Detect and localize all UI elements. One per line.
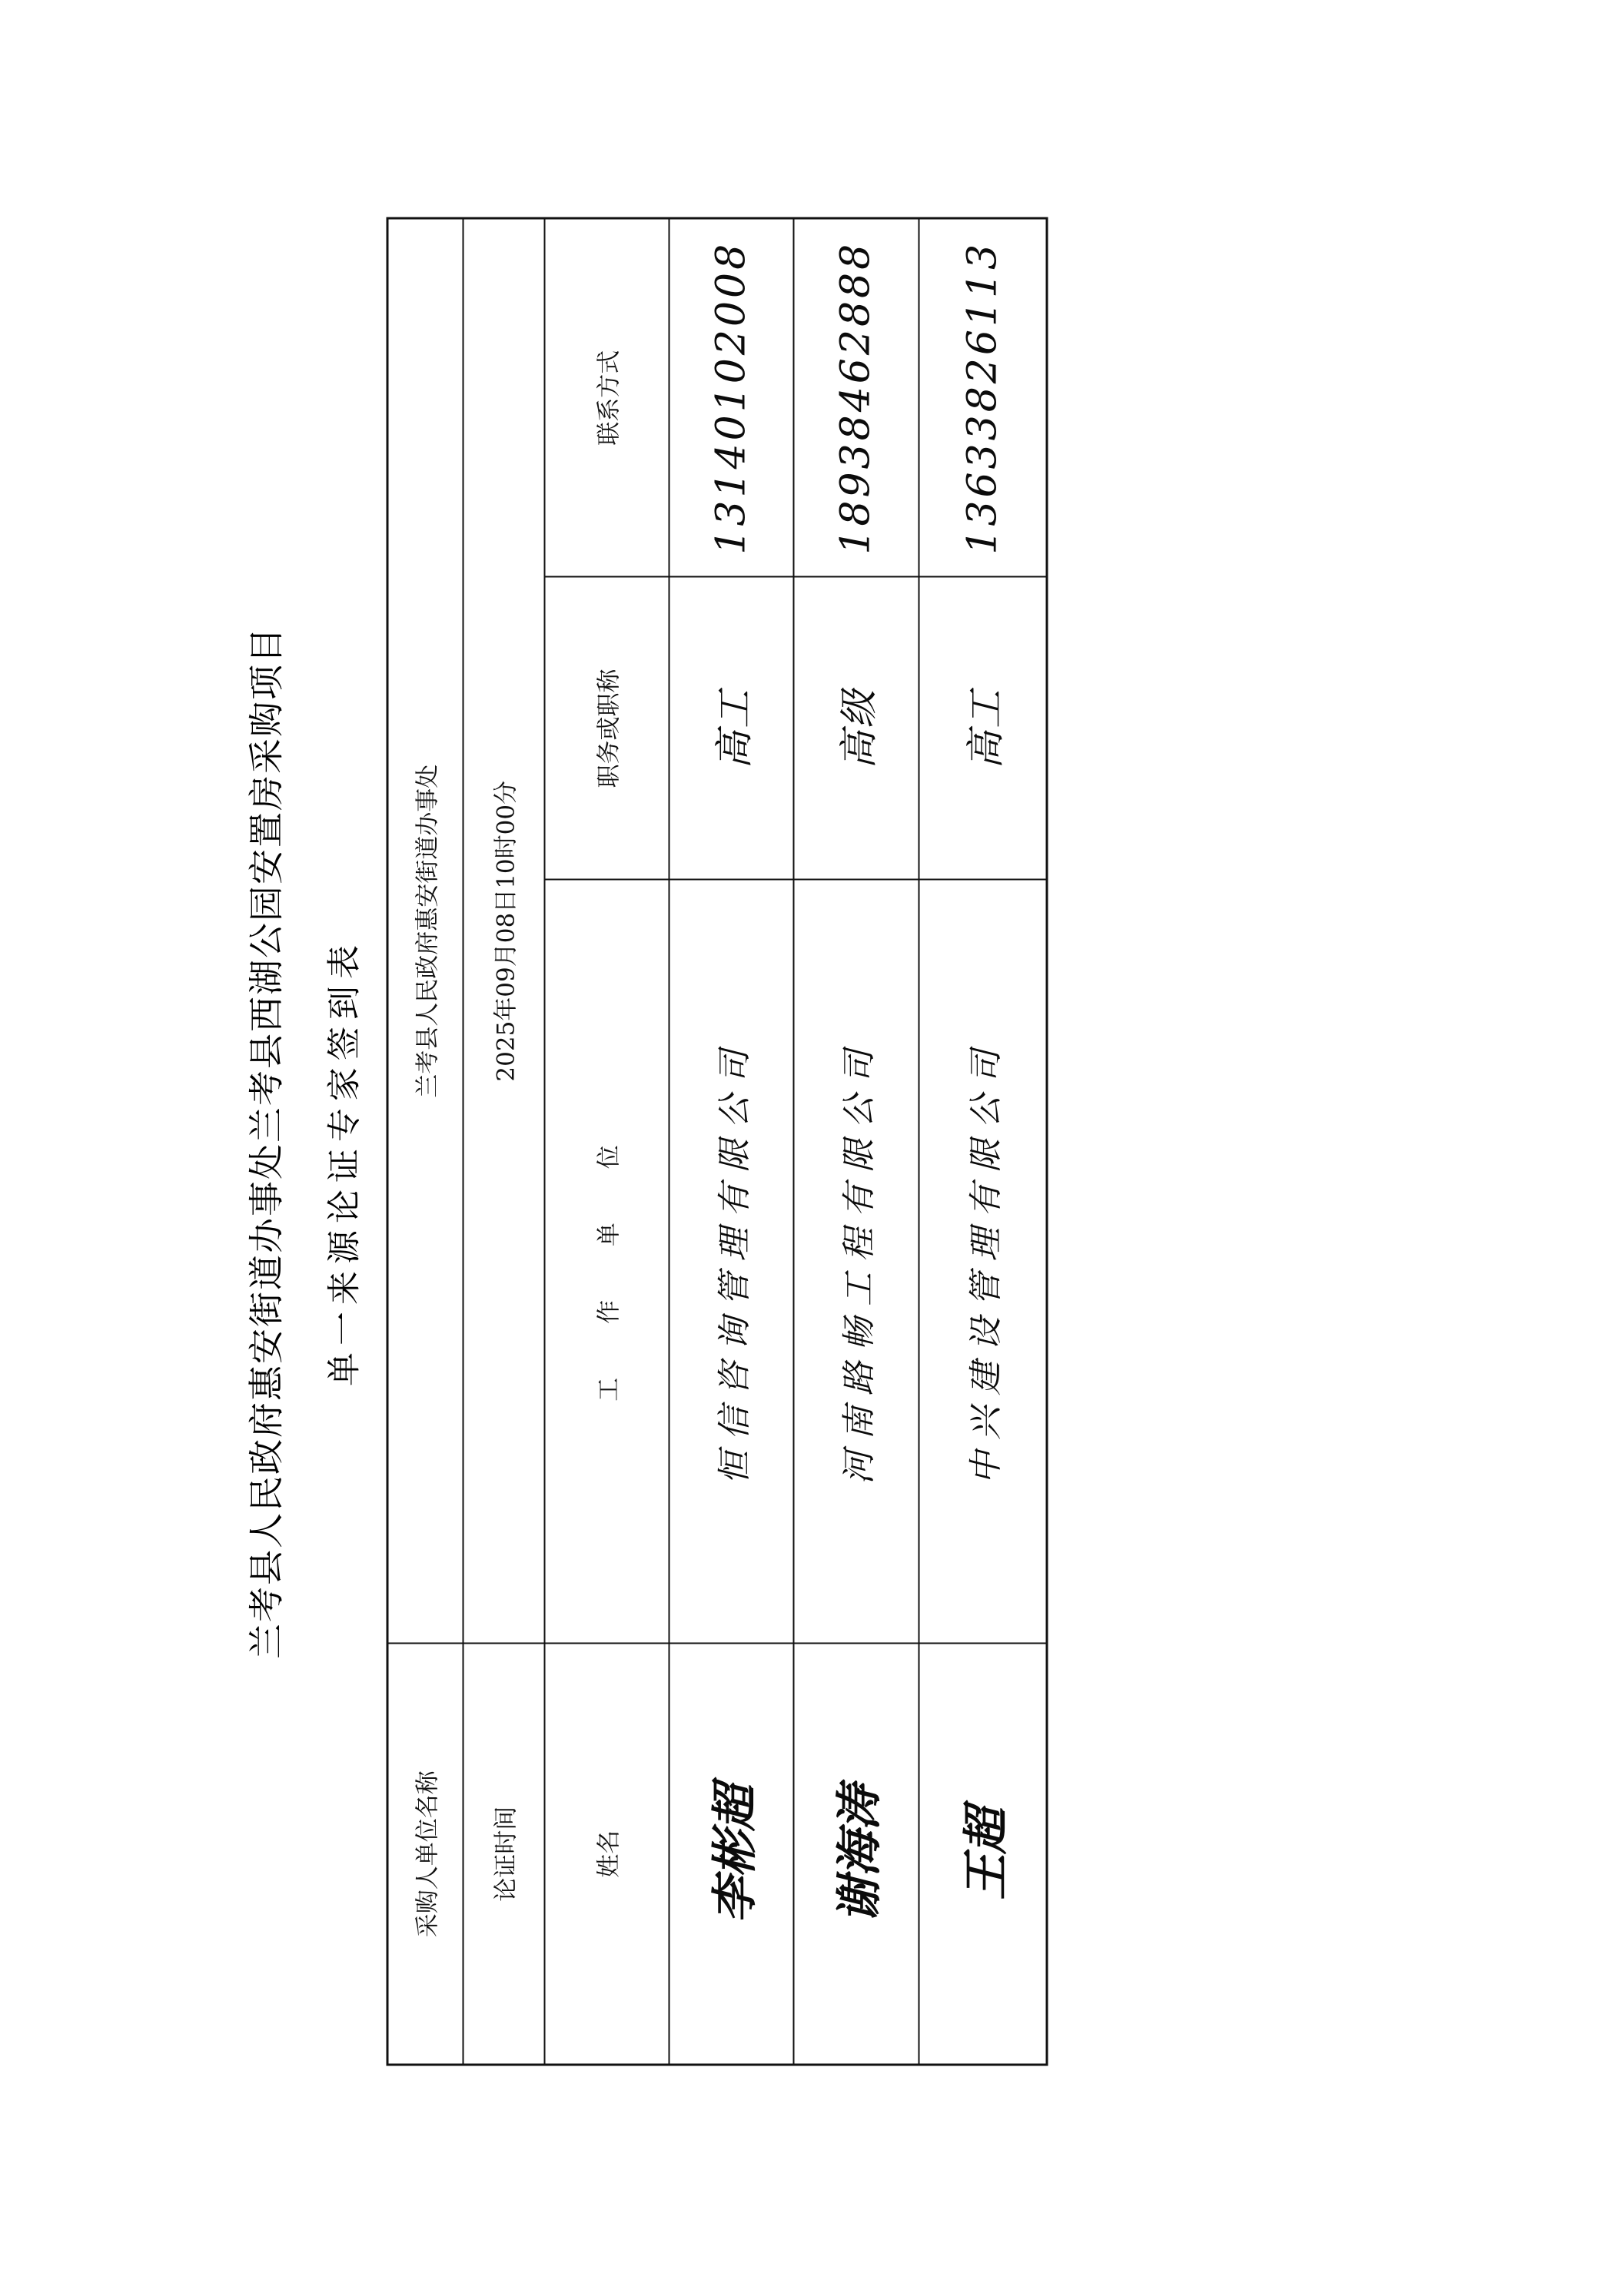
time-value: 2025年09月08日10时00分 <box>463 218 544 1644</box>
header-contact: 联系方式 <box>544 218 669 577</box>
header-position: 职务或职称 <box>544 577 669 880</box>
header-row: 姓名 工 作 单 位 职务或职称 联系方式 <box>544 218 669 2065</box>
table-row: 李彬超 恒信咨询管理有限公司 高工 13140102008 <box>669 218 793 2065</box>
time-label: 论证时间 <box>463 1644 544 2065</box>
sign-in-sheet: 兰考县人民政府惠安街道办事处兰考县西湖公园安置房采购项目 单一来源论证专家签到表… <box>231 219 1045 2065</box>
expert-unit: 河南路畅工程有限公司 <box>793 880 919 1644</box>
purchaser-value: 兰考县人民政府惠安街道办事处 <box>387 218 463 1644</box>
expert-contact: 13633826113 <box>919 218 1047 577</box>
purchaser-label: 采购人单位名称 <box>387 1644 463 2065</box>
time-row: 论证时间 2025年09月08日10时00分 <box>463 218 544 2065</box>
expert-name: 王超 <box>919 1644 1047 2065</box>
table-row: 王超 中兴建设管理有限公司 高工 13633826113 <box>919 218 1047 2065</box>
expert-contact: 18938462888 <box>793 218 919 577</box>
expert-position: 高工 <box>919 577 1047 880</box>
expert-contact: 13140102008 <box>669 218 793 577</box>
document-title: 兰考县人民政府惠安街道办事处兰考县西湖公园安置房采购项目 <box>246 219 286 2065</box>
purchaser-row: 采购人单位名称 兰考县人民政府惠安街道办事处 <box>387 218 463 2065</box>
expert-name: 谢海涛 <box>793 1644 919 2065</box>
header-unit: 工 作 单 位 <box>544 880 669 1644</box>
expert-sign-in-table: 采购人单位名称 兰考县人民政府惠安街道办事处 论证时间 2025年09月08日1… <box>386 217 1048 2065</box>
header-name: 姓名 <box>544 1644 669 2065</box>
expert-position: 高级 <box>793 577 919 880</box>
expert-unit: 恒信咨询管理有限公司 <box>669 880 793 1644</box>
expert-position: 高工 <box>669 577 793 880</box>
expert-unit: 中兴建设管理有限公司 <box>919 880 1047 1644</box>
table-row: 谢海涛 河南路畅工程有限公司 高级 18938462888 <box>793 218 919 2065</box>
expert-name: 李彬超 <box>669 1644 793 2065</box>
document-subtitle: 单一来源论证专家签到表 <box>324 258 364 2065</box>
